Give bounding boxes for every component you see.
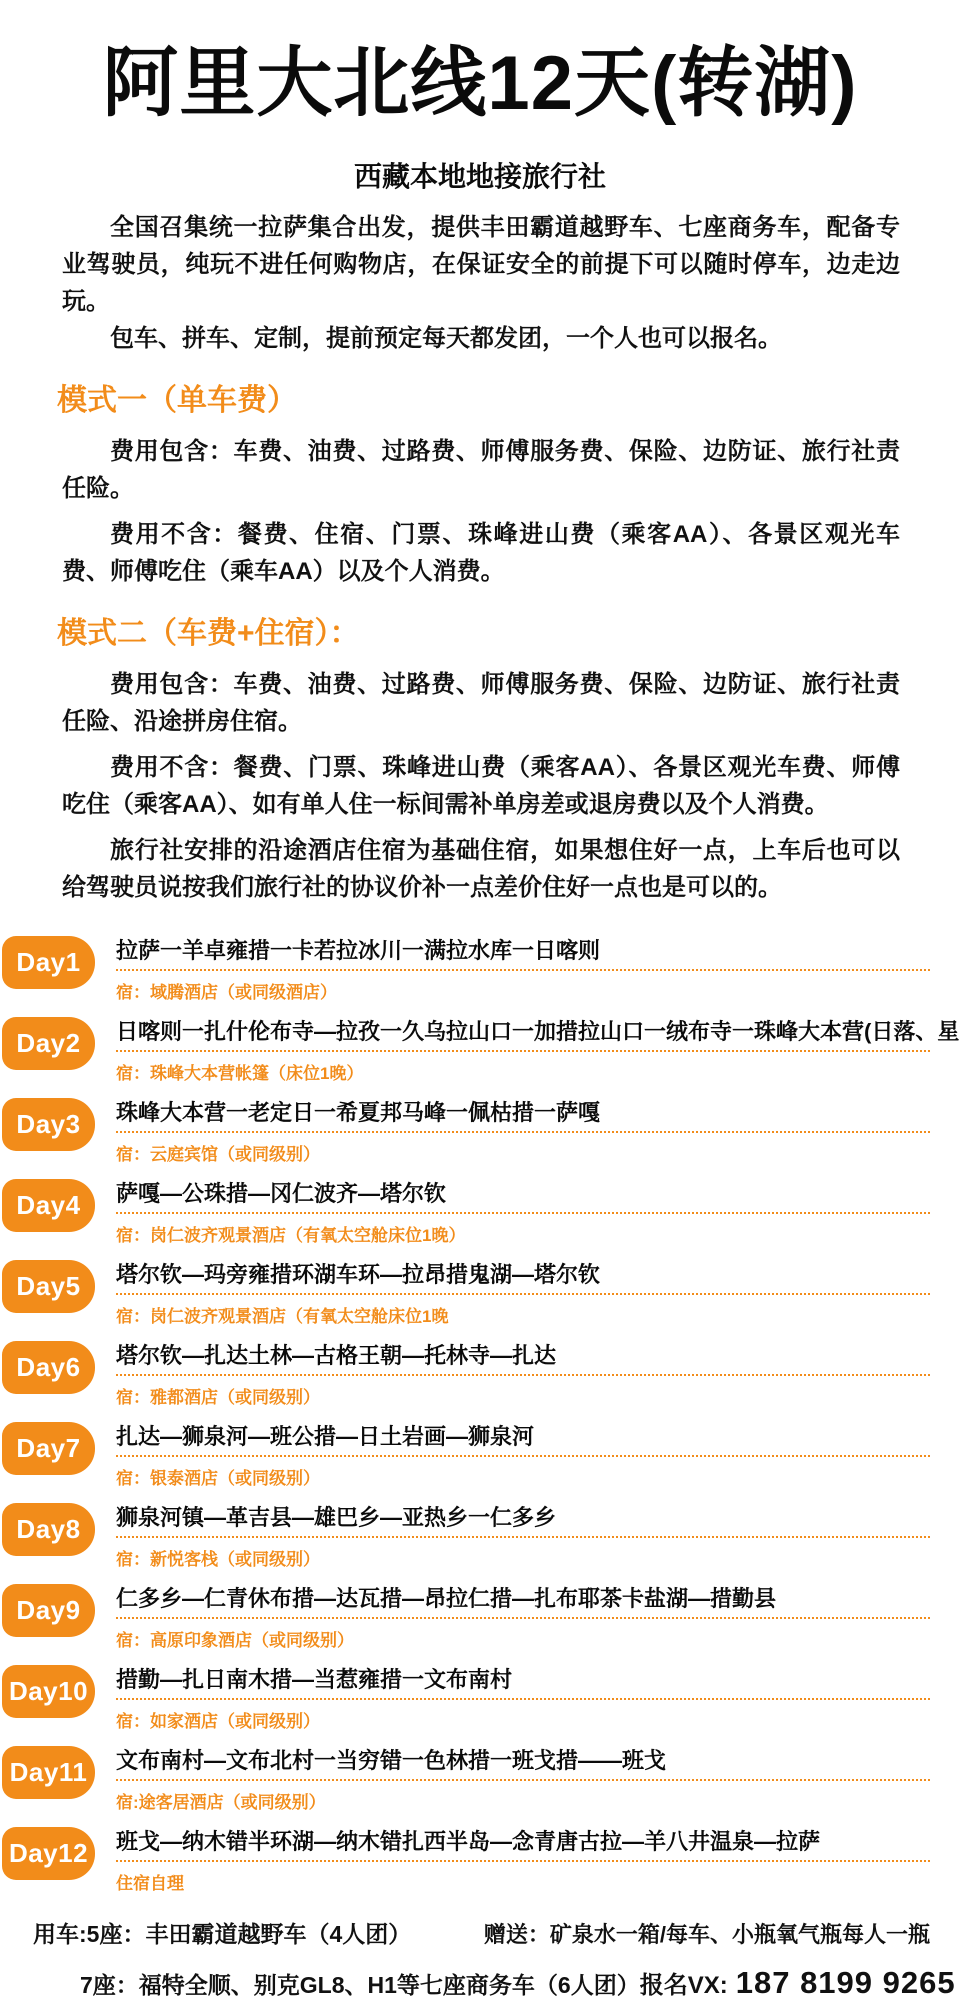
day5-stay: 宿：岗仁波齐观景酒店（有氧太空舱床位1晚: [116, 1302, 960, 1327]
signup-number: 187 8199 9265: [736, 1965, 956, 2000]
day1-content: 拉萨一羊卓雍措一卡若拉冰川一满拉水库一日喀则 宿：域腾酒店（或同级酒店）: [116, 936, 960, 1003]
day11-route: 文布南村—文布北村一当穷错一色林措一班戈措——班戈: [116, 1747, 960, 1774]
day2-stay: 宿：珠峰大本营帐篷（床位1晚）: [116, 1059, 960, 1084]
day4-badge: Day4: [2, 1179, 95, 1232]
itinerary-row-day2: Day2 日喀则一扎什伦布寺—拉孜一久乌拉山口一加措拉山口一绒布寺一珠峰大本营(…: [2, 1017, 960, 1084]
signup-label: 报名VX:: [640, 1972, 728, 1999]
day8-route: 狮泉河镇—革吉县—雄巴乡—亚热乡一仁多乡: [116, 1504, 960, 1531]
day7-content: 扎达—狮泉河—班公措—日土岩画—狮泉河 宿：银泰酒店（或同级别）: [116, 1422, 960, 1489]
vehicle-7seat: 7座：福特全顺、别克GL8、H1等七座商务车（6人团）: [33, 1967, 640, 2000]
footer: 用车:5座：丰田霸道越野车（4人团） 赠送：矿泉水一箱/每车、小瓶氧气瓶每人一瓶…: [33, 1916, 930, 2001]
day4-stay: 宿：岗仁波齐观景酒店（有氧太空舱床位1晚）: [116, 1221, 960, 1246]
day12-route: 班戈—纳木错半环湖—纳木错扎西半岛—念青唐古拉—羊八井温泉—拉萨: [116, 1828, 960, 1855]
day7-route: 扎达—狮泉河—班公措—日土岩画—狮泉河: [116, 1423, 960, 1450]
day2-route: 日喀则一扎什伦布寺—拉孜一久乌拉山口一加措拉山口一绒布寺一珠峰大本营(日落、星空…: [116, 1018, 960, 1045]
mode2-section: 费用包含：车费、油费、过路费、师傅服务费、保险、边防证、旅行社责任险、沿途拼房住…: [62, 666, 900, 906]
day11-badge: Day11: [2, 1746, 95, 1799]
day9-badge: Day9: [2, 1584, 95, 1637]
day7-badge: Day7: [2, 1422, 95, 1475]
day9-route: 仁多乡—仁青休布措—达瓦措—昂拉仁措—扎布耶茶卡盐湖—措勤县: [116, 1585, 960, 1612]
itinerary-row-day1: Day1 拉萨一羊卓雍措一卡若拉冰川一满拉水库一日喀则 宿：域腾酒店（或同级酒店…: [2, 936, 960, 1003]
day7-stay: 宿：银泰酒店（或同级别）: [116, 1464, 960, 1489]
day4-content: 萨嘎—公珠措—冈仁波齐—塔尔钦 宿：岗仁波齐观景酒店（有氧太空舱床位1晚）: [116, 1179, 960, 1246]
mode2-exclude: 费用不含：餐费、门票、珠峰进山费（乘客AA）、各景区观光车费、师傅吃住（乘客AA…: [62, 749, 900, 823]
intro-section: 全国召集统一拉萨集合出发，提供丰田霸道越野车、七座商务车，配备专业驾驶员，纯玩不…: [62, 209, 900, 357]
mode2-note: 旅行社安排的沿途酒店住宿为基础住宿，如果想住好一点，上车后也可以给驾驶员说按我们…: [62, 832, 900, 906]
day6-route: 塔尔钦—扎达土林—古格王朝—托林寺—扎达: [116, 1342, 960, 1369]
day4-route: 萨嘎—公珠措—冈仁波齐—塔尔钦: [116, 1180, 960, 1207]
day2-content: 日喀则一扎什伦布寺—拉孜一久乌拉山口一加措拉山口一绒布寺一珠峰大本营(日落、星空…: [116, 1017, 960, 1084]
itinerary-list: Day1 拉萨一羊卓雍措一卡若拉冰川一满拉水库一日喀则 宿：域腾酒店（或同级酒店…: [0, 936, 960, 1894]
day5-content: 塔尔钦—玛旁雍措环湖车环—拉昂措鬼湖—塔尔钦 宿：岗仁波齐观景酒店（有氧太空舱床…: [116, 1260, 960, 1327]
mode1-heading: 模式一（单车费）: [57, 375, 900, 419]
dotted-divider: [116, 1131, 930, 1133]
day1-badge: Day1: [2, 936, 95, 989]
dotted-divider: [116, 1374, 930, 1376]
day1-stay: 宿：域腾酒店（或同级酒店）: [116, 978, 960, 1003]
dotted-divider: [116, 1293, 930, 1295]
day11-content: 文布南村—文布北村一当穷错一色林措一班戈措——班戈 宿:途客居酒店（或同级别）: [116, 1746, 960, 1813]
day3-route: 珠峰大本营一老定日一希夏邦马峰一佩枯措一萨嘎: [116, 1099, 960, 1126]
day5-route: 塔尔钦—玛旁雍措环湖车环—拉昂措鬼湖—塔尔钦: [116, 1261, 960, 1288]
dotted-divider: [116, 1050, 930, 1052]
itinerary-row-day10: Day10 措勤—扎日南木措—当惹雍措一文布南村 宿：如家酒店（或同级别）: [2, 1665, 960, 1732]
itinerary-row-day11: Day11 文布南村—文布北村一当穷错一色林措一班戈措——班戈 宿:途客居酒店（…: [2, 1746, 960, 1813]
mode2-heading: 模式二（车费+住宿）：: [57, 608, 900, 652]
agency-subtitle: 西藏本地地接旅行社: [0, 155, 960, 195]
dotted-divider: [116, 969, 930, 971]
mode1-exclude: 费用不含：餐费、住宿、门票、珠峰进山费（乘客AA）、各景区观光车费、师傅吃住（乘…: [62, 516, 900, 590]
day12-stay: 住宿自理: [116, 1869, 960, 1894]
dotted-divider: [116, 1617, 930, 1619]
mode2-include: 费用包含：车费、油费、过路费、师傅服务费、保险、边防证、旅行社责任险、沿途拼房住…: [62, 666, 900, 740]
mode1-section: 费用包含：车费、油费、过路费、师傅服务费、保险、边防证、旅行社责任险。 费用不含…: [62, 433, 900, 590]
itinerary-row-day7: Day7 扎达—狮泉河—班公措—日土岩画—狮泉河 宿：银泰酒店（或同级别）: [2, 1422, 960, 1489]
footer-row-1: 用车:5座：丰田霸道越野车（4人团） 赠送：矿泉水一箱/每车、小瓶氧气瓶每人一瓶: [33, 1916, 930, 1949]
flyer-page: 阿里大北线12天(转湖) 西藏本地地接旅行社 全国召集统一拉萨集合出发，提供丰田…: [0, 0, 960, 2001]
itinerary-row-day3: Day3 珠峰大本营一老定日一希夏邦马峰一佩枯措一萨嘎 宿：云庭宾馆（或同级别）: [2, 1098, 960, 1165]
day10-content: 措勤—扎日南木措—当惹雍措一文布南村 宿：如家酒店（或同级别）: [116, 1665, 960, 1732]
intro-paragraph-1: 全国召集统一拉萨集合出发，提供丰田霸道越野车、七座商务车，配备专业驾驶员，纯玩不…: [62, 209, 900, 320]
day10-stay: 宿：如家酒店（或同级别）: [116, 1707, 960, 1732]
mode1-include: 费用包含：车费、油费、过路费、师傅服务费、保险、边防证、旅行社责任险。: [62, 433, 900, 507]
itinerary-row-day8: Day8 狮泉河镇—革吉县—雄巴乡—亚热乡一仁多乡 宿：新悦客栈（或同级别）: [2, 1503, 960, 1570]
day10-route: 措勤—扎日南木措—当惹雍措一文布南村: [116, 1666, 960, 1693]
day8-content: 狮泉河镇—革吉县—雄巴乡—亚热乡一仁多乡 宿：新悦客栈（或同级别）: [116, 1503, 960, 1570]
day3-content: 珠峰大本营一老定日一希夏邦马峰一佩枯措一萨嘎 宿：云庭宾馆（或同级别）: [116, 1098, 960, 1165]
dotted-divider: [116, 1779, 930, 1781]
footer-row-2: 7座：福特全顺、别克GL8、H1等七座商务车（6人团） 报名VX:187 819…: [33, 1965, 930, 2001]
itinerary-row-day9: Day9 仁多乡—仁青休布措—达瓦措—昂拉仁措—扎布耶茶卡盐湖—措勤县 宿：高原…: [2, 1584, 960, 1651]
vehicle-5seat: 用车:5座：丰田霸道越野车（4人团）: [33, 1916, 411, 1949]
day6-stay: 宿：雅都酒店（或同级别）: [116, 1383, 960, 1408]
day6-badge: Day6: [2, 1341, 95, 1394]
day8-stay: 宿：新悦客栈（或同级别）: [116, 1545, 960, 1570]
dotted-divider: [116, 1536, 930, 1538]
day2-badge: Day2: [2, 1017, 95, 1070]
day12-badge: Day12: [2, 1827, 95, 1880]
day9-content: 仁多乡—仁青休布措—达瓦措—昂拉仁措—扎布耶茶卡盐湖—措勤县 宿：高原印象酒店（…: [116, 1584, 960, 1651]
signup-contact: 报名VX:187 8199 9265: [640, 1965, 956, 2001]
itinerary-row-day6: Day6 塔尔钦—扎达土林—古格王朝—托林寺—扎达 宿：雅都酒店（或同级别）: [2, 1341, 960, 1408]
day1-route: 拉萨一羊卓雍措一卡若拉冰川一满拉水库一日喀则: [116, 937, 960, 964]
dotted-divider: [116, 1455, 930, 1457]
dotted-divider: [116, 1698, 930, 1700]
day5-badge: Day5: [2, 1260, 95, 1313]
day9-stay: 宿：高原印象酒店（或同级别）: [116, 1626, 960, 1651]
itinerary-row-day12: Day12 班戈—纳木错半环湖—纳木错扎西半岛—念青唐古拉—羊八井温泉—拉萨 住…: [2, 1827, 960, 1894]
day12-content: 班戈—纳木错半环湖—纳木错扎西半岛—念青唐古拉—羊八井温泉—拉萨 住宿自理: [116, 1827, 960, 1894]
gift-info: 赠送：矿泉水一箱/每车、小瓶氧气瓶每人一瓶: [484, 1918, 930, 1949]
page-title: 阿里大北线12天(转湖): [30, 38, 930, 129]
day11-stay: 宿:途客居酒店（或同级别）: [116, 1788, 960, 1813]
day10-badge: Day10: [2, 1665, 95, 1718]
dotted-divider: [116, 1860, 930, 1862]
dotted-divider: [116, 1212, 930, 1214]
day3-stay: 宿：云庭宾馆（或同级别）: [116, 1140, 960, 1165]
day3-badge: Day3: [2, 1098, 95, 1151]
itinerary-row-day5: Day5 塔尔钦—玛旁雍措环湖车环—拉昂措鬼湖—塔尔钦 宿：岗仁波齐观景酒店（有…: [2, 1260, 960, 1327]
day8-badge: Day8: [2, 1503, 95, 1556]
intro-paragraph-2: 包车、拼车、定制，提前预定每天都发团，一个人也可以报名。: [62, 320, 900, 357]
day6-content: 塔尔钦—扎达土林—古格王朝—托林寺—扎达 宿：雅都酒店（或同级别）: [116, 1341, 960, 1408]
itinerary-row-day4: Day4 萨嘎—公珠措—冈仁波齐—塔尔钦 宿：岗仁波齐观景酒店（有氧太空舱床位1…: [2, 1179, 960, 1246]
